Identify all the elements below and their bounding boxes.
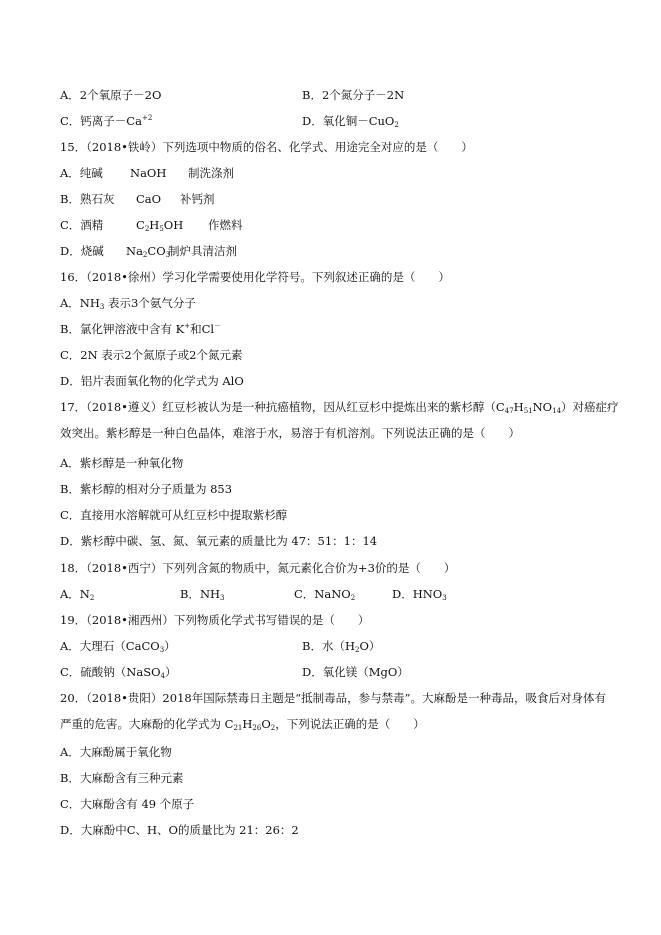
q16-option-a: A．NH3 表示3个氨气分子 bbox=[60, 295, 196, 311]
text: ，下列说法正确的是（ ） bbox=[275, 717, 425, 731]
q17-option-d: D．紫杉醇中碳、氢、氮、氧元素的质量比为 47：51：1：14 bbox=[60, 533, 377, 549]
prev-option-a: A．2个氧原子－2O bbox=[60, 87, 161, 103]
q15-c-use: 作燃料 bbox=[208, 217, 243, 233]
formula-part: OH bbox=[164, 218, 183, 232]
q19-option-b: B．水（H2O） bbox=[302, 638, 380, 654]
q18-option-c: C．NaNO2 bbox=[294, 586, 355, 602]
formula-sub: 3 bbox=[220, 594, 224, 602]
q15-b-name: B．熟石灰 bbox=[60, 191, 114, 207]
text: 严重的危害。大麻酚的化学式为 C bbox=[60, 717, 233, 731]
formula-sub: 3 bbox=[100, 303, 104, 311]
text: B．氯化钾溶液中含有 K bbox=[60, 322, 184, 336]
q19-option-a: A．大理石（CaCO3） bbox=[60, 638, 176, 654]
text: ） bbox=[164, 639, 176, 653]
text: C．硫酸钠（NaSO bbox=[60, 665, 161, 679]
formula-part: H bbox=[149, 218, 159, 232]
formula-sub: 2 bbox=[394, 121, 398, 129]
q20-option-c: C．大麻酚含有 49 个原子 bbox=[60, 796, 194, 812]
q18-option-b: B．NH3 bbox=[180, 586, 225, 602]
formula-sub: 47 bbox=[505, 407, 514, 415]
charge-sup: +2 bbox=[142, 114, 152, 122]
q20-option-a: A．大麻酚属于氧化物 bbox=[60, 744, 172, 760]
q20-option-b: B．大麻酚含有三种元素 bbox=[60, 770, 183, 786]
q15-a-use: 制洗涤剂 bbox=[188, 165, 234, 181]
text: D．HNO bbox=[392, 587, 442, 601]
formula-part: CO bbox=[147, 244, 165, 258]
text: 和Cl bbox=[190, 322, 214, 336]
text: ） bbox=[165, 665, 177, 679]
prev-option-d-text: D．氧化铜－CuO bbox=[302, 114, 394, 128]
document-page: A．2个氧原子－2O B．2个氮分子－2N C．钙离子－Ca+2 D．氧化铜－C… bbox=[0, 0, 661, 935]
q16-stem: 16．（2018•徐州）学习化学需要使用化学符号。下列叙述正确的是（ ） bbox=[60, 269, 450, 285]
charge-sup: － bbox=[214, 322, 221, 330]
formula-sub: 3 bbox=[442, 594, 446, 602]
text: NO bbox=[533, 400, 553, 414]
q17-stem-line1: 17．（2018•遵义）红豆杉被认为是一种抗癌植物，因从红豆杉中提炼出来的紫杉醇… bbox=[60, 399, 619, 415]
q17-option-a: A．紫杉醇是一种氧化物 bbox=[60, 455, 183, 471]
text: H bbox=[242, 717, 252, 731]
text: O bbox=[261, 717, 270, 731]
q15-d-use: 制炉具清洁剂 bbox=[168, 243, 237, 259]
text: ）对癌症疗 bbox=[561, 400, 619, 414]
formula-sub: 2 bbox=[90, 594, 94, 602]
q15-b-use: 补钙剂 bbox=[180, 191, 215, 207]
q19-stem: 19．（2018•湘西州）下列物质化学式书写错误的是（ ） bbox=[60, 612, 369, 628]
text: 表示3个氨气分子 bbox=[108, 296, 196, 310]
q17-option-c: C．直接用水溶解就可从红豆杉中提取紫杉醇 bbox=[60, 507, 287, 523]
prev-option-d: D．氧化铜－CuO2 bbox=[302, 113, 399, 129]
q18-stem: 18．（2018•西宁）下列列含氮的物质中，氮元素化合价为+3价的是（ ） bbox=[60, 560, 455, 576]
text: 17．（2018•遵义）红豆杉被认为是一种抗癌植物，因从红豆杉中提炼出来的紫杉醇… bbox=[60, 400, 505, 414]
q20-stem-line1: 20．（2018•贵阳）2018年国际禁毒日主题是“抵制毒品，参与禁毒”。大麻酚… bbox=[60, 690, 606, 706]
text: B．水（H bbox=[302, 639, 355, 653]
text: H bbox=[514, 400, 524, 414]
formula-sub: 14 bbox=[552, 407, 561, 415]
q15-a-name: A．纯碱 bbox=[60, 165, 103, 181]
formula-sub: 26 bbox=[252, 724, 261, 732]
q20-stem-line2: 严重的危害。大麻酚的化学式为 C21H26O2，下列说法正确的是（ ） bbox=[60, 716, 425, 732]
q18-option-d: D．HNO3 bbox=[392, 586, 447, 602]
q15-b-formula: CaO bbox=[136, 191, 161, 207]
q19-option-d: D．氧化镁（MgO） bbox=[302, 664, 409, 680]
q16-option-b: B．氯化钾溶液中含有 K+和Cl－ bbox=[60, 321, 221, 337]
q16-option-d: D．铝片表面氧化物的化学式为 AlO bbox=[60, 373, 244, 389]
prev-option-c: C．钙离子－Ca+2 bbox=[60, 113, 152, 129]
text: O） bbox=[359, 639, 380, 653]
prev-option-b: B．2个氮分子－2N bbox=[302, 87, 404, 103]
q18-option-a: A．N2 bbox=[60, 586, 94, 602]
q15-a-formula: NaOH bbox=[130, 165, 166, 181]
q20-option-d: D．大麻酚中C、H、O的质量比为 21：26：2 bbox=[60, 822, 299, 838]
prev-option-c-text: C．钙离子－Ca bbox=[60, 114, 142, 128]
text: A．大理石（CaCO bbox=[60, 639, 160, 653]
formula-sub: 2 bbox=[351, 594, 355, 602]
text: C．NaNO bbox=[294, 587, 351, 601]
q15-c-formula: C2H5OH bbox=[136, 217, 183, 233]
text: B．NH bbox=[180, 587, 220, 601]
formula-part: Na bbox=[126, 244, 143, 258]
q15-stem: 15．（2018•铁岭）下列选项中物质的俗名、化学式、用途完全对应的是（ ） bbox=[60, 139, 473, 155]
formula-part: C bbox=[136, 218, 145, 232]
q17-option-b: B．紫杉醇的相对分子质量为 853 bbox=[60, 481, 232, 497]
q16-option-c: C．2N 表示2个氮原子或2个氮元素 bbox=[60, 347, 242, 363]
q19-option-c: C．硫酸钠（NaSO4） bbox=[60, 664, 177, 680]
q15-d-name: D．烧碱 bbox=[60, 243, 104, 259]
q15-c-name: C．酒精 bbox=[60, 217, 103, 233]
q15-d-formula: Na2CO3 bbox=[126, 243, 170, 259]
formula-sub: 51 bbox=[524, 407, 533, 415]
text: A．N bbox=[60, 587, 90, 601]
text: A．NH bbox=[60, 296, 100, 310]
q17-stem-line2: 效突出。紫杉醇是一种白色晶体，难溶于水，易溶于有机溶剂。下列说法正确的是（ ） bbox=[60, 425, 520, 441]
